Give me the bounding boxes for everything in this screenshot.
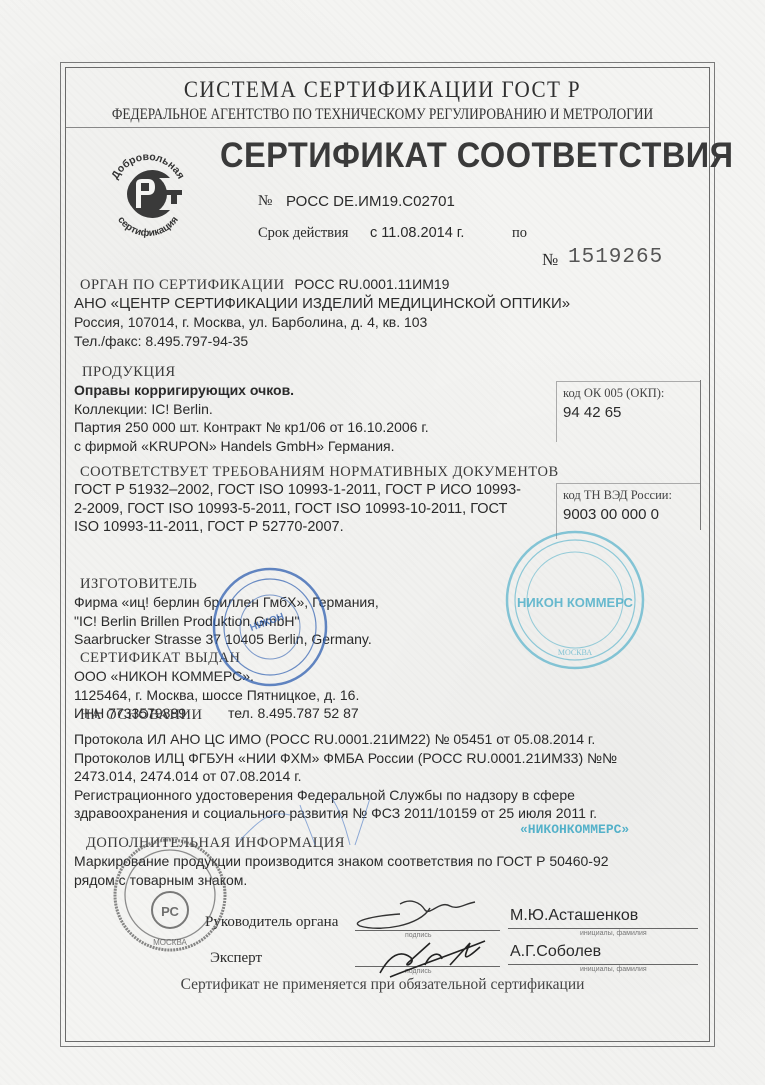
additional-info-line-2: рядом с товарным знаком. [74, 871, 609, 890]
expert-name: А.Г.Соболев [510, 943, 601, 961]
expert-name-caption: инициалы, фамилия [580, 966, 647, 973]
product-heading: ПРОДУКЦИЯ [82, 364, 429, 381]
head-of-body-label: Руководитель органа [205, 914, 338, 931]
head-name: М.Ю.Асташенков [510, 907, 638, 925]
manufacturer-heading: ИЗГОТОВИТЕЛЬ [80, 576, 379, 593]
certification-body-name: АНО «ЦЕНТР СЕРТИФИКАЦИИ ИЗДЕЛИЙ МЕДИЦИНС… [74, 295, 570, 314]
product-section: ПРОДУКЦИЯ Оправы корригирующих очков. Ко… [74, 364, 429, 455]
compliance-standards-line-3: ISO 10993-11-2011, ГОСТ Р 52770-2007. [74, 518, 559, 537]
certification-body-address: Россия, 107014, г. Москва, ул. Барболина… [74, 313, 570, 332]
tnved-code-label: код ТН ВЭД России: [557, 484, 700, 503]
issued-to-heading: СЕРТИФИКАТ ВЫДАН [80, 650, 359, 667]
basis-line-3: 2473.014, 2474.014 от 07.08.2014 г. [74, 767, 617, 786]
additional-info-section: ДОПОЛНИТЕЛЬНАЯ ИНФОРМАЦИЯ Маркирование п… [74, 835, 609, 889]
head-name-caption: инициалы, фамилия [580, 930, 647, 937]
validity-to-label: по [512, 225, 527, 242]
certification-body-heading: ОРГАН ПО СЕРТИФИКАЦИИ [80, 277, 285, 293]
validity-from: с 11.08.2014 г. [370, 225, 464, 241]
additional-info-line-1: Маркирование продукции производится знак… [74, 852, 609, 871]
expert-label: Эксперт [210, 950, 262, 967]
header-divider [66, 127, 709, 128]
certification-body-code: РОСС RU.0001.11ИМ19 [294, 276, 449, 292]
expert-signature-line [355, 966, 500, 967]
issued-to-company: ООО «НИКОН КОММЕРС». [74, 667, 359, 686]
manufacturer-name-ru: Фирма «иц! берлин бриллен ГмбХ», Германи… [74, 593, 379, 612]
okp-code-label: код ОК 005 (ОКП): [557, 382, 700, 401]
basis-line-2: Протоколов ИЛЦ ФГБУН «НИИ ФХМ» ФМБА Росс… [74, 749, 617, 768]
compliance-standards-line-2: 2-2009, ГОСТ ISO 10993-5-2011, ГОСТ ISO … [74, 500, 559, 519]
head-signature-caption: подпись [405, 932, 431, 939]
okp-code-box: код ОК 005 (ОКП): 94 42 65 [556, 381, 700, 442]
basis-line-1: Протокола ИЛ АНО ЦС ИМО (РОСС RU.0001.21… [74, 730, 617, 749]
manufacturer-name-en: "IC! Berlin Brillen Produktion GmbH" [74, 612, 379, 631]
expert-signature-caption: подпись [405, 968, 431, 975]
certification-body-section: ОРГАН ПО СЕРТИФИКАЦИИ РОСС RU.0001.11ИМ1… [74, 275, 570, 350]
certification-body-phone: Тел./факс: 8.495.797-94-35 [74, 332, 570, 351]
product-batch: Партия 250 000 шт. Контракт № кр1/06 от … [74, 418, 429, 437]
basis-line-5: здравоохранения и социального развития №… [74, 804, 617, 823]
basis-heading: НА ОСНОВАНИИ [80, 707, 617, 724]
head-signature-line [355, 930, 500, 931]
okp-code-value: 94 42 65 [557, 401, 700, 421]
blank-number: 1519265 [568, 246, 663, 269]
certificate-number-label: № [258, 193, 272, 210]
inline-company-stamp: «НИКОНКОММЕРС» [520, 822, 629, 837]
basis-section: НА ОСНОВАНИИ Протокола ИЛ АНО ЦС ИМО (РО… [74, 707, 617, 823]
compliance-section: СООТВЕТСТВУЕТ ТРЕБОВАНИЯМ НОРМАТИВНЫХ ДО… [74, 464, 559, 537]
product-supplier: с фирмой «KRUPON» Handels GmbH» Германия… [74, 437, 429, 456]
compliance-standards-line-1: ГОСТ Р 51932–2002, ГОСТ ISO 10993-1-2011… [74, 481, 559, 500]
validity-label: Срок действия [258, 225, 348, 242]
product-name: Оправы корригирующих очков. [74, 381, 429, 400]
document-title: СЕРТИФИКАТ СООТВЕТСТВИЯ [220, 136, 734, 176]
product-collection: Коллекции: IC! Berlin. [74, 400, 429, 419]
blank-number-label: № [542, 250, 558, 270]
tnved-code-box: код ТН ВЭД России: 9003 00 000 0 [556, 483, 700, 539]
svg-text:сертификация: сертификация [115, 215, 181, 238]
tnved-code-value: 9003 00 000 0 [557, 503, 700, 523]
additional-info-heading: ДОПОЛНИТЕЛЬНАЯ ИНФОРМАЦИЯ [86, 835, 609, 852]
issued-to-address: 1125464, г. Москва, шоссе Пятницкое, д. … [74, 686, 359, 705]
compliance-heading: СООТВЕТСТВУЕТ ТРЕБОВАНИЯМ НОРМАТИВНЫХ ДО… [80, 464, 559, 481]
manufacturer-section: ИЗГОТОВИТЕЛЬ Фирма «иц! берлин бриллен Г… [74, 576, 379, 649]
expert-name-line [508, 964, 698, 965]
system-title: СИСТЕМА СЕРТИФИКАЦИИ ГОСТ Р [31, 77, 735, 103]
head-name-line [508, 928, 698, 929]
rst-logo-icon: Добровольная сертификация [100, 148, 196, 238]
code-column-divider [700, 380, 701, 530]
basis-line-4: Регистрационного удостоверения Федеральн… [74, 786, 617, 805]
manufacturer-address: Saarbrucker Strasse 37 10405 Berlin, Ger… [74, 630, 379, 649]
agency-name: ФЕДЕРАЛЬНОЕ АГЕНТСТВО ПО ТЕХНИЧЕСКОМУ РЕ… [54, 106, 712, 124]
footer-notice: Сертификат не применяется при обязательн… [0, 976, 765, 994]
certificate-number: РОСС DE.ИМ19.С02701 [286, 193, 455, 210]
